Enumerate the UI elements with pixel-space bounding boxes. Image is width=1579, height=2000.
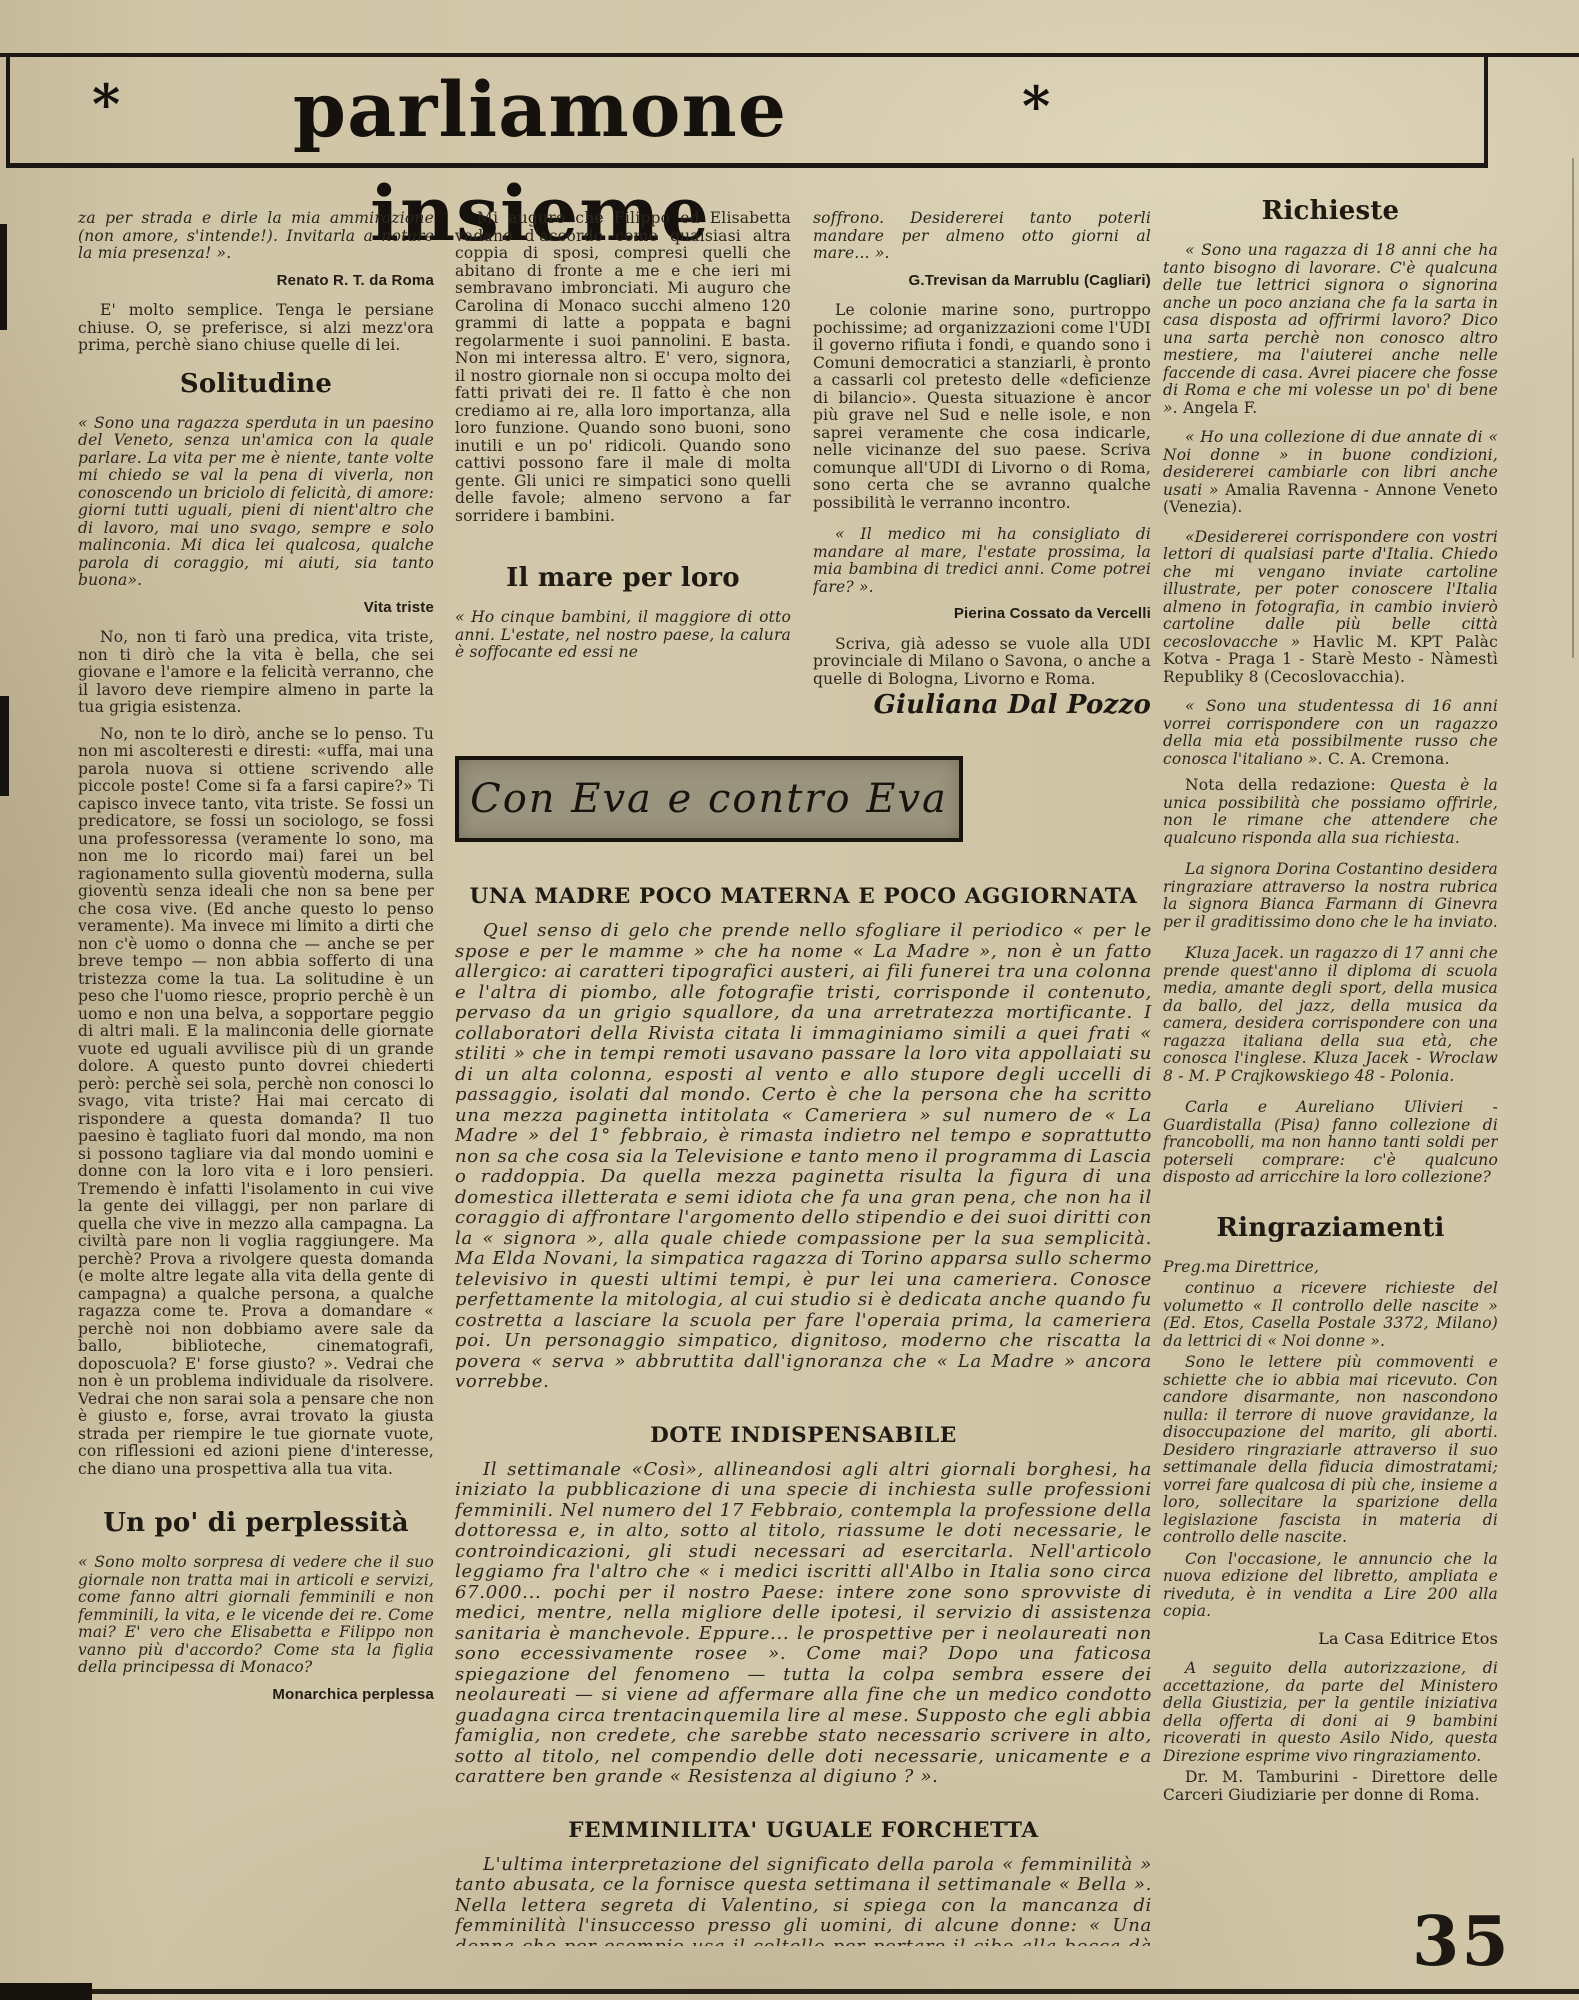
print-artifact xyxy=(0,696,9,796)
reader-letter: « Sono molto sorpresa di vedere che il s… xyxy=(78,1554,434,1677)
eva-heading-femminilita: FEMMINILITA' UGUALE FORCHETTA xyxy=(455,1818,1152,1843)
page-crease xyxy=(1572,158,1574,658)
print-artifact xyxy=(0,224,7,330)
editor-reply: Le colonie marine sono, purtroppo pochis… xyxy=(813,302,1151,512)
letter-signature-inline: C. A. Cremona. xyxy=(1328,750,1450,768)
section-heading-solitudine: Solitudine xyxy=(78,369,434,399)
editor-reply: No, non te lo dirò, anche se lo penso. T… xyxy=(78,726,434,1479)
page-number: 35 xyxy=(1412,1902,1511,1982)
section-heading-perplessita: Un po' di perplessità xyxy=(78,1508,434,1538)
letter-signature-inline: Angela F. xyxy=(1183,399,1257,417)
section-heading-ringraziamenti: Ringraziamenti xyxy=(1163,1213,1498,1243)
editor-reply: Mi auguro che Filippo ed Elisabetta vada… xyxy=(455,210,791,525)
eva-heading-dote: DOTE INDISPENSABILE xyxy=(455,1423,1152,1448)
reader-letter-continued: soffrono. Desidererei tanto poterli mand… xyxy=(813,210,1151,263)
letter-signature: Vita triste xyxy=(78,599,434,617)
asterisk-icon: * xyxy=(92,72,120,136)
letter-signature: Renato R. T. da Roma xyxy=(78,272,434,290)
notice-signature: Dr. M. Tamburini - Direttore delle Carce… xyxy=(1163,1769,1498,1804)
eva-banner-title: Con Eva e contro Eva xyxy=(470,776,948,822)
reader-letter: «Desidererei corrispondere con vostri le… xyxy=(1163,529,1498,687)
column-author: Giuliana Dal Pozzo xyxy=(813,697,1151,715)
note-label: Nota della redazione: xyxy=(1185,776,1376,794)
reader-letter: « Ho una collezione di due annate di « N… xyxy=(1163,429,1498,517)
editor-reply: E' molto semplice. Tenga le persiane chi… xyxy=(78,302,434,355)
column-4: Richieste « Sono una ragazza di 18 anni … xyxy=(1163,196,1498,1984)
page-title: parliamone insieme xyxy=(140,58,940,162)
notice: Carla e Aureliano Ulivieri - Guardistall… xyxy=(1163,1099,1498,1187)
letter-salutation: Preg.ma Direttrice, xyxy=(1163,1259,1498,1277)
asterisk-icon: * xyxy=(1022,74,1050,138)
reader-letter: Con l'occasione, le annuncio che la nuov… xyxy=(1163,1551,1498,1621)
eva-article: Il settimanale «Così», allineandosi agli… xyxy=(455,1460,1152,1788)
section-heading-mare: Il mare per loro xyxy=(455,563,791,593)
eva-article: Quel senso di gelo che prende nello sfog… xyxy=(455,921,1152,1393)
reader-letter: « Sono una ragazza sperduta in un paesin… xyxy=(78,415,434,590)
reader-letter: continuo a ricevere richieste del volume… xyxy=(1163,1280,1498,1350)
bottom-rule xyxy=(0,1989,1579,1994)
reader-letter: « Ho cinque bambini, il maggiore di otto… xyxy=(455,609,791,662)
letter-signature: Monarchica perplessa xyxy=(78,1686,434,1704)
eva-article: L'ultima interpretazione del significato… xyxy=(455,1855,1152,1947)
notice: Kluza Jacek. un ragazzo di 17 anni che p… xyxy=(1163,945,1498,1085)
letter-text: « Sono una ragazza di 18 anni che ha tan… xyxy=(1163,241,1498,417)
eva-banner: Con Eva e contro Eva xyxy=(455,756,963,842)
column-1: za per strada e dirle la mia ammirazione… xyxy=(78,210,434,1988)
editor-reply: No, non ti farò una predica, vita triste… xyxy=(78,629,434,717)
notice: A seguito della autorizzazione, di accet… xyxy=(1163,1660,1498,1765)
letter-signature: La Casa Editrice Etos xyxy=(1163,1630,1498,1648)
letter-signature: Pierina Cossato da Vercelli xyxy=(813,605,1151,623)
letter-signature: G.Trevisan da Marrublu (Cagliari) xyxy=(813,272,1151,290)
section-heading-richieste: Richieste xyxy=(1163,196,1498,226)
editor-reply: Scriva, già adesso se vuole alla UDI pro… xyxy=(813,636,1151,689)
eva-section: Con Eva e contro Eva UNA MADRE POCO MATE… xyxy=(455,756,1152,1946)
eva-heading-madre: UNA MADRE POCO MATERNA E POCO AGGIORNATA xyxy=(455,884,1152,909)
reader-letter: « Il medico mi ha consigliato di mandare… xyxy=(813,526,1151,596)
reader-letter: « Sono una studentessa di 16 anni vorrei… xyxy=(1163,698,1498,768)
notice: La signora Dorina Costantino desidera ri… xyxy=(1163,861,1498,931)
column-3: soffrono. Desidererei tanto poterli mand… xyxy=(813,210,1151,755)
column-2: Mi auguro che Filippo ed Elisabetta vada… xyxy=(455,210,791,755)
reader-letter: « Sono una ragazza di 18 anni che ha tan… xyxy=(1163,242,1498,417)
editorial-note: Nota della redazione: Questa è la unica … xyxy=(1163,777,1498,847)
print-artifact xyxy=(0,1983,92,2000)
magazine-page: * parliamone insieme * za per strada e d… xyxy=(0,0,1579,2000)
reader-letter: Sono le lettere più commoventi e schiett… xyxy=(1163,1354,1498,1547)
reader-letter-tail: za per strada e dirle la mia ammirazione… xyxy=(78,210,434,263)
